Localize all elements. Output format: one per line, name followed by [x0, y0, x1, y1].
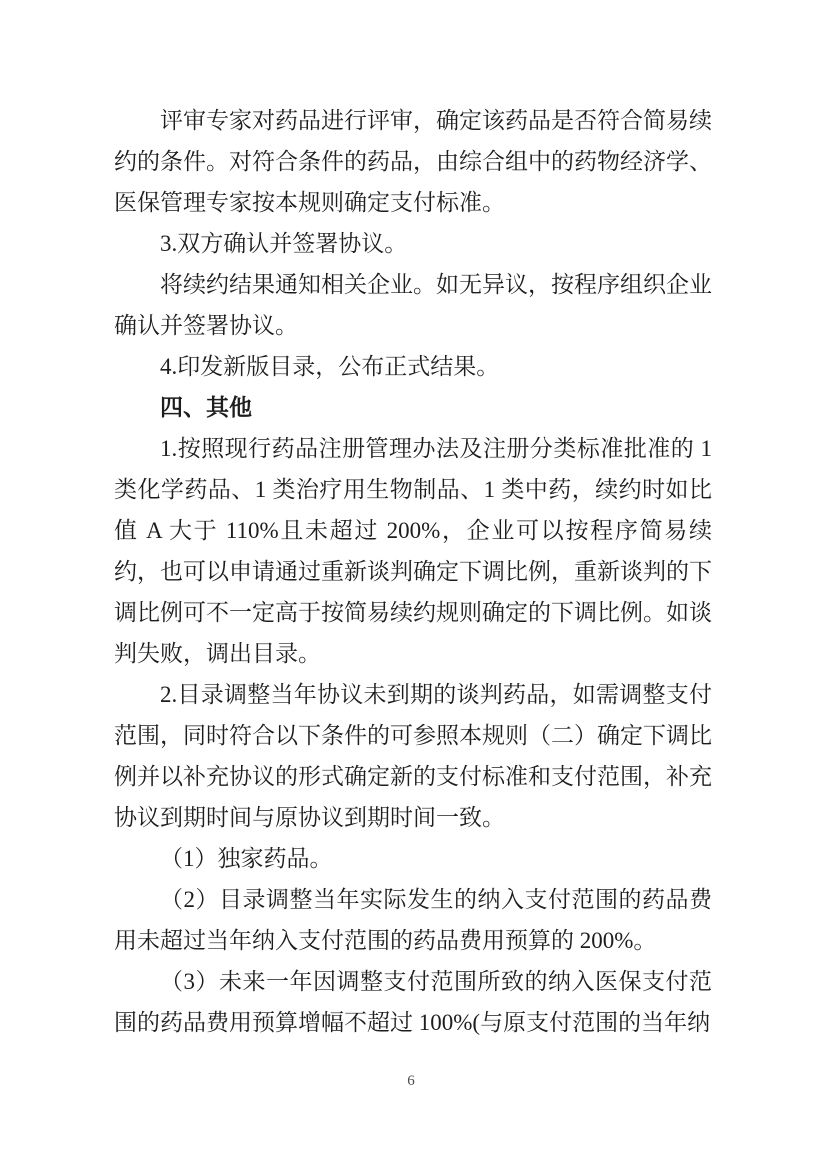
- paragraph-other-item-1: 1.按照现行药品注册管理办法及注册分类标准批准的 1 类化学药品、1 类治疗用生…: [114, 428, 712, 674]
- paragraph-step-3: 3.双方确认并签署协议。: [114, 223, 712, 264]
- paragraph-condition-3: （3）未来一年因调整支付范围所致的纳入医保支付范围的药品费用预算增幅不超过 10…: [114, 961, 712, 1043]
- paragraph-condition-1: （1）独家药品。: [114, 838, 712, 879]
- paragraph-other-item-2: 2.目录调整当年协议未到期的谈判药品，如需调整支付范围，同时符合以下条件的可参照…: [114, 674, 712, 838]
- page-number: 6: [0, 1070, 822, 1092]
- document-page: 评审专家对药品进行评审，确定该药品是否符合简易续约的条件。对符合条件的药品，由综…: [0, 0, 822, 1176]
- document-body: 评审专家对药品进行评审，确定该药品是否符合简易续约的条件。对符合条件的药品，由综…: [114, 100, 712, 1043]
- paragraph-condition-2: （2）目录调整当年实际发生的纳入支付范围的药品费用未超过当年纳入支付范围的药品费…: [114, 879, 712, 961]
- paragraph-expert-review: 评审专家对药品进行评审，确定该药品是否符合简易续约的条件。对符合条件的药品，由综…: [114, 100, 712, 223]
- section-heading-other: 四、其他: [114, 387, 712, 428]
- paragraph-step-4: 4.印发新版目录，公布正式结果。: [114, 346, 712, 387]
- paragraph-notify-enterprises: 将续约结果通知相关企业。如无异议，按程序组织企业确认并签署协议。: [114, 264, 712, 346]
